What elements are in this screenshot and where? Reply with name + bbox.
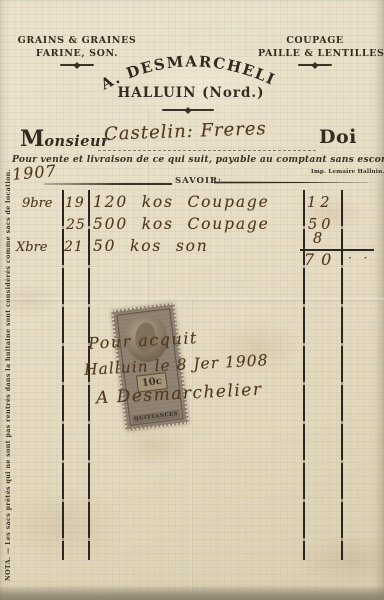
- salutation-initial: M: [20, 126, 44, 152]
- total-amount: 70: [304, 250, 338, 269]
- acquit-line1: Pour acquit: [88, 328, 199, 353]
- rule-before-savoir: [44, 183, 172, 185]
- invoice-document: GRAINS & GRAINES FARINE, SON. COUPAGE PA…: [0, 0, 384, 600]
- row2-day: 25: [66, 217, 86, 233]
- row3-desc: 50 kos son: [93, 237, 209, 255]
- row1-desc: 120 kos Coupage: [93, 193, 270, 211]
- row1-amount: 12: [307, 195, 333, 211]
- decorative-rule-right: [298, 64, 332, 66]
- year-handwritten: 1907: [11, 161, 57, 184]
- salutation: Monsieur: [20, 126, 109, 152]
- terms-line: Pour vente et livraison de ce qui suit, …: [12, 154, 358, 165]
- column-rule-3: [303, 190, 305, 560]
- row1-month: 9bre: [22, 196, 53, 211]
- row3-month: Xbre: [16, 240, 47, 255]
- rule-after-savoir: [214, 181, 368, 184]
- paper-bottom-edge: [0, 585, 384, 600]
- decorative-rule-left: [60, 64, 94, 66]
- row1-day: 19: [65, 195, 85, 211]
- doit-label: Doi: [319, 126, 357, 148]
- row2-desc: 500 kos Coupage: [93, 215, 270, 233]
- company-city: HALLUIN (Nord.): [110, 85, 272, 101]
- nota-vertical-text: NOTA. — Les sacs prêtés qui ne sont pas …: [5, 169, 12, 581]
- total-cents: · ·: [348, 251, 371, 265]
- printer-imprint: Imp. Lemaire Halluin.: [311, 169, 384, 175]
- client-name-handwritten: Castelin: Freres: [104, 118, 267, 145]
- addressee-underline: [98, 150, 316, 151]
- row3-day: 21: [64, 239, 84, 255]
- column-rule-4: [341, 190, 343, 560]
- decorative-rule-center: [162, 109, 214, 111]
- row3-amount: 8: [313, 231, 326, 247]
- salutation-rest: onsieur: [44, 133, 109, 150]
- savoir-label: SAVOIR:: [175, 176, 222, 186]
